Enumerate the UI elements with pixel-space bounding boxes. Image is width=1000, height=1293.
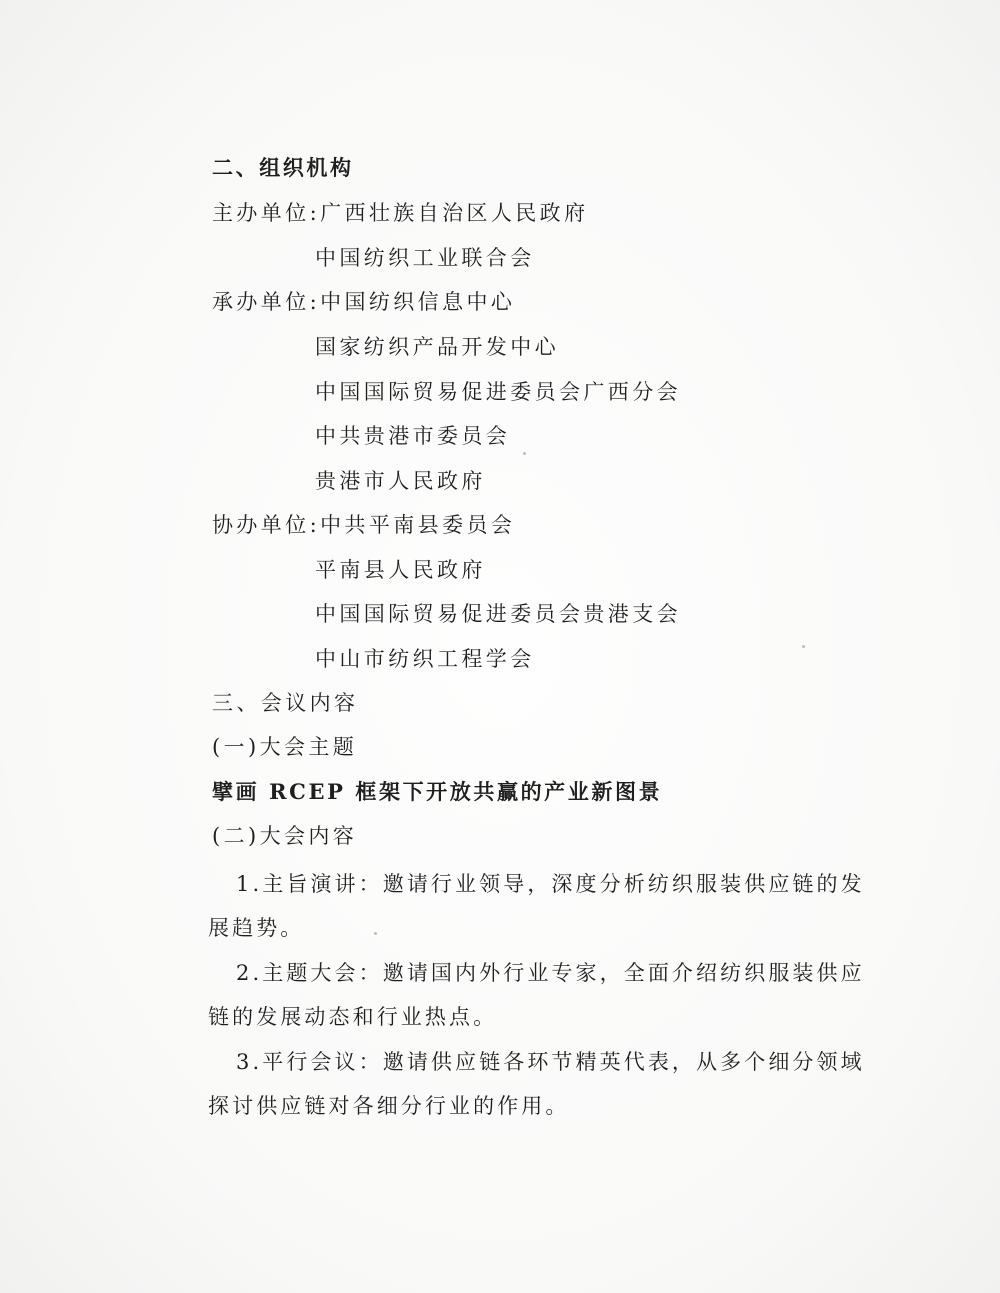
section-heading-meeting-content: 三、会议内容 xyxy=(212,689,358,717)
content-item-3-line2: 探讨供应链对各细分行业的作用。 xyxy=(208,1092,570,1120)
scan-speck xyxy=(523,452,526,455)
organizer-unit: 中共贵港市委员会 xyxy=(315,422,510,450)
co-organizer-unit: 中共平南县委员会 xyxy=(320,513,515,537)
host-unit: 中国纺织工业联合会 xyxy=(315,244,535,272)
section-heading-organization: 二、组织机构 xyxy=(212,154,354,182)
conference-theme: 擘画 RCEP 框架下开放共赢的产业新图景 xyxy=(212,778,662,806)
co-organizer-units-row: 协办单位:中共平南县委员会 xyxy=(212,511,515,539)
host-units-row: 主办单位:广西壮族自治区人民政府 xyxy=(212,199,588,227)
document-page: 二、组织机构 主办单位:广西壮族自治区人民政府 中国纺织工业联合会 承办单位:中… xyxy=(0,0,1000,1293)
organizer-unit: 中国国际贸易促进委员会广西分会 xyxy=(315,378,681,406)
content-item-1-line2: 展趋势。 xyxy=(208,914,304,942)
co-organizer-units-label: 协办单位: xyxy=(212,511,320,539)
scan-speck xyxy=(374,932,377,935)
organizer-unit: 贵港市人民政府 xyxy=(315,467,486,495)
host-unit: 广西壮族自治区人民政府 xyxy=(320,201,588,225)
organizer-units-label: 承办单位: xyxy=(212,288,320,316)
co-organizer-unit: 中山市纺织工程学会 xyxy=(315,645,535,673)
co-organizer-unit: 中国国际贸易促进委员会贵港支会 xyxy=(315,600,681,628)
organizer-units-row: 承办单位:中国纺织信息中心 xyxy=(212,288,515,316)
content-subheading: (二)大会内容 xyxy=(212,822,357,850)
co-organizer-unit: 平南县人民政府 xyxy=(315,556,486,584)
organizer-unit: 国家纺织产品开发中心 xyxy=(315,333,559,361)
content-item-1-line1: 1.主旨演讲：邀请行业领导，深度分析纺织服装供应链的发 xyxy=(236,870,865,898)
theme-subheading: (一)大会主题 xyxy=(212,733,357,761)
scan-speck xyxy=(802,645,805,648)
content-item-3-line1: 3.平行会议：邀请供应链各环节精英代表，从多个细分领域 xyxy=(236,1048,865,1076)
host-units-label: 主办单位: xyxy=(212,199,320,227)
content-item-2-line2: 链的发展动态和行业热点。 xyxy=(208,1003,497,1031)
organizer-unit: 中国纺织信息中心 xyxy=(320,290,515,314)
content-item-2-line1: 2.主题大会：邀请国内外行业专家，全面介绍纺织服装供应 xyxy=(236,959,865,987)
